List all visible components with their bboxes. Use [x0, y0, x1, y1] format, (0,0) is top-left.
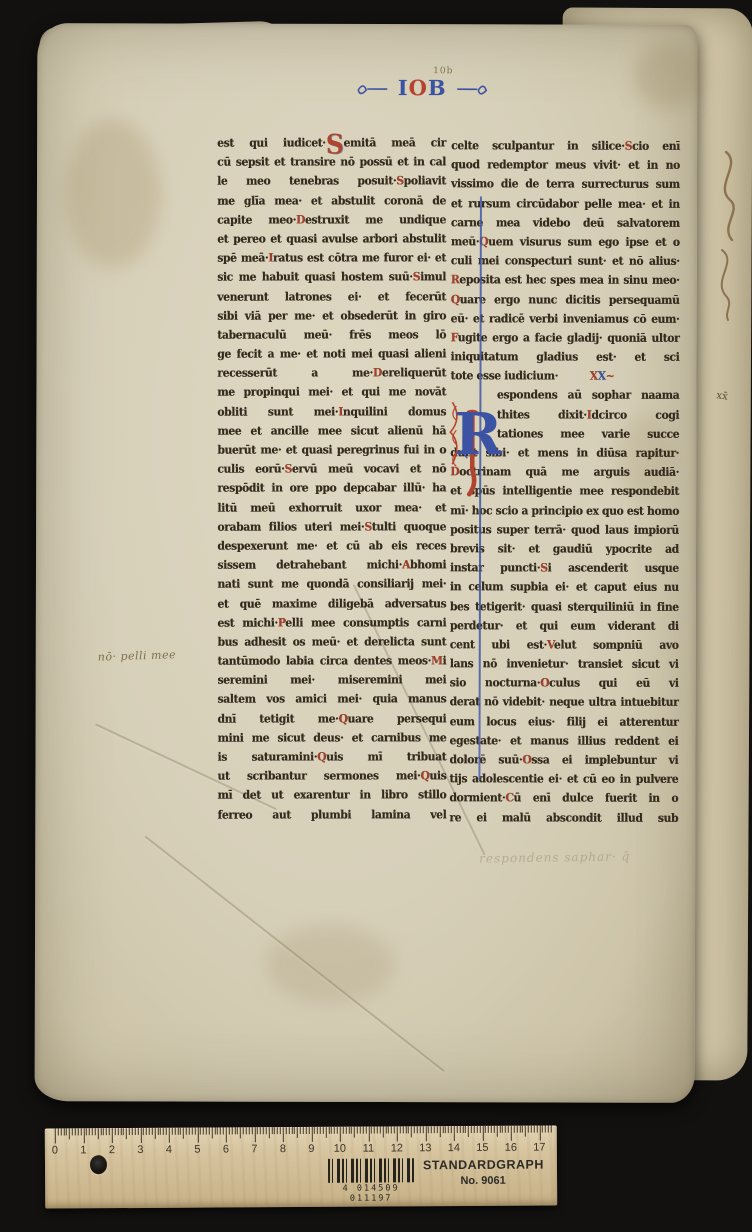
- text-segment: D: [296, 212, 305, 226]
- text-segment: Q: [451, 292, 460, 306]
- text-segment: espondens aū sophar naama: [497, 388, 679, 402]
- ruler-tick: [132, 1128, 133, 1135]
- ruler-tick: [169, 1128, 170, 1143]
- text-segment: sic me habuit quasi hostem suū·: [217, 270, 412, 284]
- ruler-tick: [86, 1128, 87, 1135]
- text-segment: le meo tenebras posuit·: [217, 174, 396, 188]
- ruler-tick: [172, 1128, 173, 1135]
- text-line: et spūs intelligentie mee respondebit: [450, 482, 679, 502]
- text-segment: nati sunt me quondā consiliarij mei·: [217, 577, 446, 591]
- ruler-ticks: [45, 1125, 557, 1128]
- ruler-tick: [243, 1127, 244, 1134]
- text-line: brevis sit· et gaudiū ypocrite ad: [450, 539, 679, 559]
- ruler-tick: [497, 1126, 498, 1137]
- text-segment: cio enī: [632, 139, 680, 153]
- text-segment: i: [442, 653, 446, 667]
- text-line: mini me sicut deus· et carnibus me: [217, 728, 446, 747]
- text-segment: i ascenderit usque: [548, 561, 679, 575]
- ruler-tick: [505, 1126, 506, 1133]
- ruler-cm-label: 7: [244, 1143, 264, 1155]
- ruler-tick: [368, 1127, 369, 1142]
- text-segment: re ei malū abscondit illud sub: [449, 810, 678, 825]
- ruler-tick: [249, 1127, 250, 1134]
- header-flourish-left-icon: [355, 80, 391, 96]
- ruler-tick: [511, 1126, 512, 1141]
- ruler-tick: [383, 1126, 384, 1137]
- ruler-tick: [519, 1126, 520, 1133]
- ruler-tick: [112, 1128, 113, 1143]
- ruler-tick: [149, 1128, 150, 1135]
- text-segment: est michi·: [217, 615, 277, 629]
- ruler-tick: [337, 1127, 338, 1134]
- ruler-tick: [183, 1128, 184, 1139]
- ruler-tick: [488, 1126, 489, 1133]
- ruler-tick: [551, 1125, 552, 1132]
- text-line: seremini mei· miseremini mei: [217, 671, 446, 690]
- text-line: culi mei conspecturi sunt· et nō alius·: [451, 251, 680, 271]
- text-segment: V: [547, 637, 554, 651]
- text-segment: Q: [339, 711, 348, 725]
- ruler-tick: [468, 1126, 469, 1137]
- ruler-tick: [109, 1128, 110, 1135]
- ruler-tick: [437, 1126, 438, 1133]
- ruler-tick: [351, 1127, 352, 1134]
- text-line: spē meā·Iratus est cōtra me furor ei· et: [217, 248, 446, 267]
- text-line: sissem detrahebant michi·Abhomi: [217, 555, 446, 574]
- ruler-tick: [186, 1128, 187, 1135]
- text-segment: et spūs intelligentie mee respondebit: [450, 484, 679, 499]
- ruler-tick: [542, 1126, 543, 1133]
- text-line: le meo tenebras posuit·Spoliavit: [217, 172, 446, 191]
- text-line: Fugite ergo a facie gladij· quoniā ultor: [451, 328, 680, 348]
- text-line: instar puncti·Si ascenderit usque: [450, 558, 679, 578]
- text-line: vissimo die de terra surrecturus sum: [451, 175, 680, 195]
- text-line: lans nō invenietur· transiet sicut vi: [450, 654, 679, 674]
- ruler-tick: [539, 1126, 540, 1141]
- text-segment: orabam filios uteri mei·: [217, 519, 364, 533]
- ruler-tick: [459, 1126, 460, 1133]
- ruler-tick: [163, 1128, 164, 1135]
- ruler-tick: [223, 1127, 224, 1134]
- ruler-tick: [345, 1127, 346, 1134]
- parchment-stain: [65, 119, 161, 269]
- text-segment: ratus est cōtra me furor ei· et: [273, 250, 446, 264]
- text-line: saltem vos amici mei· quia manus: [217, 690, 446, 709]
- ruler-tick: [58, 1128, 59, 1135]
- text-line: celte sculpantur in silice·Scio enī: [451, 136, 680, 156]
- ruler-tick: [494, 1126, 495, 1133]
- text-line: eum locus eius· filij ei atterentur: [450, 712, 679, 732]
- text-segment: nquilini domus: [343, 404, 446, 418]
- parchment-crease: [145, 836, 445, 1072]
- ruler-tick: [445, 1126, 446, 1133]
- ruler-tick: [120, 1128, 121, 1135]
- text-line: sic me habuit quasi hostem suū·Simul: [217, 268, 446, 287]
- text-segment: is saturamini·: [218, 749, 318, 763]
- ruler-tick: [72, 1128, 73, 1135]
- text-line: bus adhesit os meū· et derelicta sunt: [217, 632, 446, 651]
- text-line: ut scribantur sermones mei·Quis: [218, 767, 447, 786]
- text-segment: ssa ei implebuntur vi: [531, 752, 678, 766]
- ruler-cm-label: 11: [358, 1143, 378, 1155]
- ruler-tick: [197, 1128, 198, 1143]
- ruler-tick: [482, 1126, 483, 1141]
- text-segment: venerunt latrones ei· et fecerūt: [217, 289, 446, 303]
- ruler-cm-label: 2: [102, 1144, 122, 1156]
- ruler-tick: [400, 1126, 401, 1133]
- ruler-cm-label: 6: [216, 1143, 236, 1155]
- ruler-tick: [137, 1128, 138, 1135]
- ruler-tick: [474, 1126, 475, 1133]
- ruler-tick: [454, 1126, 455, 1141]
- ruler-tick: [234, 1127, 235, 1134]
- ruler-tick: [117, 1128, 118, 1135]
- text-line: est michi·Pelli mee consumptis carni: [217, 613, 446, 632]
- text-segment: ~: [606, 367, 615, 386]
- text-segment: cent ubi est·: [450, 637, 547, 651]
- text-line: recesserūt a me·Dereliquerūt: [217, 364, 446, 383]
- text-line: respōdit in ore ppo depcabar illū· ha: [217, 479, 446, 498]
- text-segment: mī· hoc scio a principio ex quo est homo: [450, 503, 679, 518]
- ruler-tick: [129, 1128, 130, 1135]
- header-title: IOB: [398, 78, 447, 99]
- text-line: perdetur· et qui eum viderant di: [450, 616, 679, 636]
- ruler-tick: [531, 1126, 532, 1133]
- ruler-tick: [323, 1127, 324, 1134]
- text-segment: recesserūt a me·: [217, 366, 373, 380]
- text-segment: meū·: [451, 234, 479, 248]
- ruler-tick: [78, 1128, 79, 1135]
- ruler-tick: [354, 1127, 355, 1138]
- ruler-tick: [146, 1128, 147, 1135]
- initial-r-chapter20: R: [446, 396, 502, 472]
- ruler-tick: [294, 1127, 295, 1134]
- text-segment: S: [540, 561, 547, 575]
- ruler-hole: [90, 1155, 107, 1174]
- ruler-tick: [300, 1127, 301, 1134]
- ruler-tick: [152, 1128, 153, 1135]
- ruler-tick: [254, 1127, 255, 1142]
- text-segment: M: [431, 653, 443, 667]
- text-segment: in celum supbia ei· et caput eius nu: [450, 580, 679, 595]
- ruler-tick: [55, 1128, 56, 1143]
- text-segment: culus qui eū vi: [549, 676, 678, 690]
- ruler-tick: [209, 1128, 210, 1135]
- ruler-tick: [212, 1128, 213, 1139]
- ruler-cm-label: 10: [330, 1143, 350, 1155]
- ruler-cm-label: 3: [130, 1144, 150, 1156]
- text-segment: est qui iudicet·: [217, 135, 326, 149]
- text-segment: uis mī tribuat: [326, 749, 446, 763]
- text-segment: ut scribantur sermones mei·: [218, 769, 421, 783]
- text-segment: despexerunt me· et cū ab eis reces: [217, 538, 446, 552]
- text-line: culis eorū·Servū meū vocavi et nō: [217, 460, 446, 479]
- ruler-tick: [408, 1126, 409, 1133]
- ruler-tick: [80, 1128, 81, 1135]
- text-line: tabernaculū meū· frēs meos lō: [217, 325, 446, 344]
- ruler-cm-label: 5: [187, 1144, 207, 1156]
- ruler-tick: [263, 1127, 264, 1134]
- header-letter: B: [428, 75, 447, 100]
- text-line: tijs adolescentie ei· et cū eo in pulver…: [449, 769, 678, 789]
- ruler-tick: [237, 1127, 238, 1134]
- text-line: iniquitatum gladius est· et sci: [451, 347, 680, 367]
- text-column-left: est qui iudicet·Semitā meā circū sepsit …: [217, 133, 446, 824]
- ruler-tick: [157, 1128, 158, 1135]
- ruler-tick: [451, 1126, 452, 1133]
- ruler-tick: [214, 1128, 215, 1135]
- ruler-tick: [286, 1127, 287, 1134]
- ruler-brand: STANDARDGRAPH: [423, 1158, 543, 1173]
- text-segment: O: [540, 676, 549, 690]
- text-segment: perdetur· et qui eum viderant di: [450, 618, 679, 633]
- ruler-tick: [291, 1127, 292, 1134]
- text-segment: culi mei conspecturi sunt· et nō alius·: [451, 253, 680, 268]
- ruler-tick: [269, 1127, 270, 1138]
- ruler-tick: [257, 1127, 258, 1134]
- text-segment: P: [278, 615, 285, 629]
- ruler-tick: [357, 1127, 358, 1134]
- text-segment: bhomi: [410, 557, 446, 571]
- text-segment: cū sepsit et transire nō possū et in cal: [217, 155, 446, 169]
- text-line: est qui iudicet·Semitā meā cir: [217, 133, 446, 152]
- ruler-tick: [95, 1128, 96, 1135]
- ruler-tick: [189, 1128, 190, 1135]
- text-line: positus super terrā· quod laus impiorū: [450, 520, 679, 540]
- ruler-tick: [280, 1127, 281, 1134]
- ruler-tick: [217, 1128, 218, 1135]
- ruler-tick: [260, 1127, 261, 1134]
- text-column-right: celte sculpantur in silice·Scio enīquod …: [449, 136, 680, 827]
- ruler-tick: [380, 1127, 381, 1134]
- ruler-tick: [385, 1126, 386, 1133]
- ruler-tick: [340, 1127, 341, 1142]
- text-segment: et quē maxime diligebā adversatus: [217, 596, 446, 610]
- ruler-tick: [317, 1127, 318, 1134]
- text-segment: D: [373, 366, 382, 380]
- ruler-tick: [522, 1126, 523, 1133]
- text-segment: sissem detrahebant michi·: [217, 558, 402, 572]
- ruler-tick: [115, 1128, 116, 1135]
- ruler-tick: [314, 1127, 315, 1134]
- text-segment: brevis sit· et gaudiū ypocrite ad: [450, 541, 679, 556]
- ruler-cm-label: 13: [415, 1142, 435, 1154]
- text-line: et pereo et quasi avulse arbori abstulit: [217, 229, 446, 248]
- parchment-stain: [265, 924, 395, 1004]
- ruler-tick: [98, 1128, 99, 1139]
- ruler-tick: [288, 1127, 289, 1134]
- ruler-cm-label: 12: [387, 1142, 407, 1154]
- text-line: sio nocturna·Oculus qui eū vi: [450, 673, 679, 693]
- text-segment: eū· et radicē verbi inveniamus cō eum·: [451, 311, 680, 326]
- ruler-tick: [283, 1127, 284, 1142]
- rubricator-guide-note: respondens saphar· q̄: [479, 849, 630, 865]
- ruler-tick: [306, 1127, 307, 1134]
- barcode-digits: 4 014509 011197: [321, 1183, 421, 1204]
- text-line: et quē maxime diligebā adversatus: [217, 594, 446, 613]
- text-line: litū meū exhorruit uxor mea· et: [217, 498, 446, 517]
- text-segment: S: [396, 174, 403, 188]
- text-line: derat nō videbit· neque ultra intuebitur: [450, 693, 679, 713]
- text-line: orabam filios uteri mei·Stulti quoque: [217, 517, 446, 536]
- text-segment: me propinqui mei· et qui me novāt: [217, 385, 446, 399]
- manuscript-page: 10b IOB est qui iudicet·Semitā meā circū…: [35, 23, 698, 1103]
- ruler-tick: [434, 1126, 435, 1133]
- text-line: dnī tetigit me·Quare persequi: [217, 709, 446, 728]
- ruler-tick: [516, 1126, 517, 1133]
- text-line: buerūt me· et quasi peregrinus fui in o: [217, 440, 446, 459]
- ruler-cm-label: 4: [159, 1144, 179, 1156]
- ruler-cm-label: 8: [273, 1143, 293, 1155]
- ruler-tick: [328, 1127, 329, 1134]
- ruler-tick: [229, 1127, 230, 1134]
- text-line: in celum supbia ei· et caput eius nu: [450, 578, 679, 598]
- text-segment: dormient·: [449, 791, 505, 805]
- ruler-tick: [394, 1126, 395, 1133]
- text-segment: eposita est hec spes mea in sinu meo·: [459, 273, 679, 288]
- text-line: cū sepsit et transire nō possū et in cal: [217, 153, 446, 172]
- text-line: et rursum circūdabor pelle mea· et in: [451, 194, 680, 214]
- text-segment: capite meo·: [217, 212, 296, 226]
- text-segment: respōdit in ore ppo depcabar illū· ha: [217, 481, 446, 495]
- text-segment: ereliquerūt: [382, 366, 446, 380]
- ruler-tick: [502, 1126, 503, 1133]
- text-line: ge fecit a me· et noti mei quasi alieni: [217, 344, 446, 363]
- svg-text:R: R: [454, 400, 502, 468]
- text-segment: uare persequi: [348, 711, 447, 725]
- header-flourish-right-icon: [454, 81, 490, 97]
- text-line: is saturamini·Quis mī tribuat: [218, 747, 447, 766]
- text-segment: sibi viā per me· et obsederūt in giro: [217, 308, 446, 322]
- ruler-tick: [177, 1128, 178, 1135]
- ruler-tick: [391, 1126, 392, 1133]
- ruler-tick: [297, 1127, 298, 1138]
- text-segment: ū enī dulce fuerit in o: [514, 791, 679, 805]
- text-segment: O: [522, 752, 531, 766]
- ruler-tick: [514, 1126, 515, 1133]
- barcode-icon: [328, 1158, 414, 1183]
- text-segment: A: [402, 558, 410, 572]
- text-line: obliti sunt mei·Inquilini domus: [217, 402, 446, 421]
- ruler-tick: [203, 1128, 204, 1135]
- ruler-tick: [471, 1126, 472, 1133]
- ruler-tick: [194, 1128, 195, 1135]
- text-segment: uem visurus sum ego ipse et o: [488, 234, 679, 249]
- text-segment: litū meū exhorruit uxor mea· et: [217, 500, 446, 514]
- text-segment: egestate· et manus illius reddent ei: [450, 733, 679, 748]
- ruler-tick: [343, 1127, 344, 1134]
- ruler-tick: [126, 1128, 127, 1139]
- margin-note: nō· pelli mee: [98, 648, 177, 664]
- text-segment: tijs adolescentie ei· et cū eo in pulver…: [449, 771, 678, 786]
- header-letter: O: [409, 75, 428, 100]
- pen-trial-flourish-icon: [694, 144, 750, 334]
- text-segment: carne mea videbo deū salvatorem: [451, 215, 680, 230]
- text-line: me propinqui mei· et qui me novāt: [217, 383, 446, 402]
- text-segment: [558, 367, 590, 386]
- text-segment: C: [505, 791, 513, 805]
- text-line: bes tetigerit· quasi sterquiliniū in fin…: [450, 597, 679, 617]
- ruler-tick: [397, 1126, 398, 1141]
- text-segment: dnī tetigit me·: [217, 711, 338, 725]
- ruler-tick: [160, 1128, 161, 1135]
- ruler-tick: [442, 1126, 443, 1133]
- ruler-tick: [536, 1126, 537, 1133]
- text-line: ferreo aut plumbi lamina vel: [218, 805, 447, 824]
- ruler-tick: [377, 1127, 378, 1134]
- text-segment: Q: [420, 769, 429, 783]
- text-segment: saltem vos amici mei· quia manus: [217, 692, 446, 706]
- ruler-tick: [303, 1127, 304, 1134]
- ruler-tick: [220, 1127, 221, 1134]
- ruler-tick: [123, 1128, 124, 1135]
- text-line: tote esse iudicium·XX~: [450, 366, 679, 386]
- ruler-tick: [89, 1128, 90, 1135]
- ruler-tick: [200, 1128, 201, 1135]
- ruler-tick: [374, 1127, 375, 1134]
- text-segment: S: [364, 519, 371, 533]
- text-segment: elli mee consumptis carni: [285, 615, 446, 629]
- ruler-tick: [548, 1125, 549, 1132]
- ruler-tick: [365, 1127, 366, 1134]
- text-segment: eum locus eius· filij ei atterentur: [450, 714, 679, 729]
- text-segment: tulti quoque: [372, 519, 446, 533]
- ruler-tick: [422, 1126, 423, 1133]
- text-line: venerunt latrones ei· et fecerūt: [217, 287, 446, 306]
- ruler-cm-label: 14: [444, 1142, 464, 1154]
- ruler-tick: [320, 1127, 321, 1134]
- text-segment: S: [625, 139, 632, 153]
- ruler-tick: [485, 1126, 486, 1133]
- text-segment: derat nō videbit· neque ultra intuebitur: [450, 695, 679, 710]
- ruler-tick: [277, 1127, 278, 1134]
- ruler-tick: [75, 1128, 76, 1135]
- text-segment: Q: [317, 749, 326, 763]
- text-segment: vissimo die de terra surrecturus sum: [451, 177, 680, 192]
- ruler-tick: [155, 1128, 156, 1139]
- text-segment: X: [598, 367, 606, 386]
- text-segment: uare ergo nunc dicitis persequamū: [460, 292, 680, 307]
- text-line: me glīa mea· et abstulit coronā de: [217, 191, 446, 210]
- ruler-tick: [274, 1127, 275, 1134]
- text-segment: lans nō invenietur· transiet sicut vi: [450, 656, 679, 671]
- margin-mark: xx̃: [716, 390, 729, 402]
- ruler-tick: [440, 1126, 441, 1137]
- ruler-tick: [420, 1126, 421, 1133]
- text-line: quod redemptor meus vivit· et in no: [451, 155, 680, 175]
- ruler-tick: [92, 1128, 93, 1135]
- ruler-tick: [206, 1128, 207, 1135]
- ruler-tick: [326, 1127, 327, 1138]
- text-segment: tationes mee varie succe: [497, 426, 679, 440]
- text-line: dolorē suū·Ossa ei implebuntur vi: [449, 750, 678, 770]
- text-segment: mī det ut exarentur in libro stillo: [218, 788, 447, 802]
- text-segment: positus super terrā· quod laus impiorū: [450, 522, 679, 537]
- ruler-cm-label: 15: [472, 1142, 492, 1154]
- text-segment: X: [590, 367, 598, 386]
- text-segment: et pereo et quasi avulse arbori abstulit: [217, 231, 446, 245]
- text-line: mee et ancille mee sicut alienū hā: [217, 421, 446, 440]
- manuscript-photo: { "scene": {"background": "#121110", "pa…: [0, 0, 752, 1232]
- text-segment: uis: [429, 769, 446, 783]
- text-segment: tote esse iudicium·: [450, 366, 558, 385]
- text-line: sibi viā per me· et obsederūt in giro: [217, 306, 446, 325]
- text-segment: seremini mei· miseremini mei: [217, 673, 446, 687]
- text-segment: obliti sunt mei·: [217, 404, 338, 418]
- ruler-tick: [334, 1127, 335, 1134]
- ruler-tick: [348, 1127, 349, 1134]
- ruler-tick: [388, 1126, 389, 1133]
